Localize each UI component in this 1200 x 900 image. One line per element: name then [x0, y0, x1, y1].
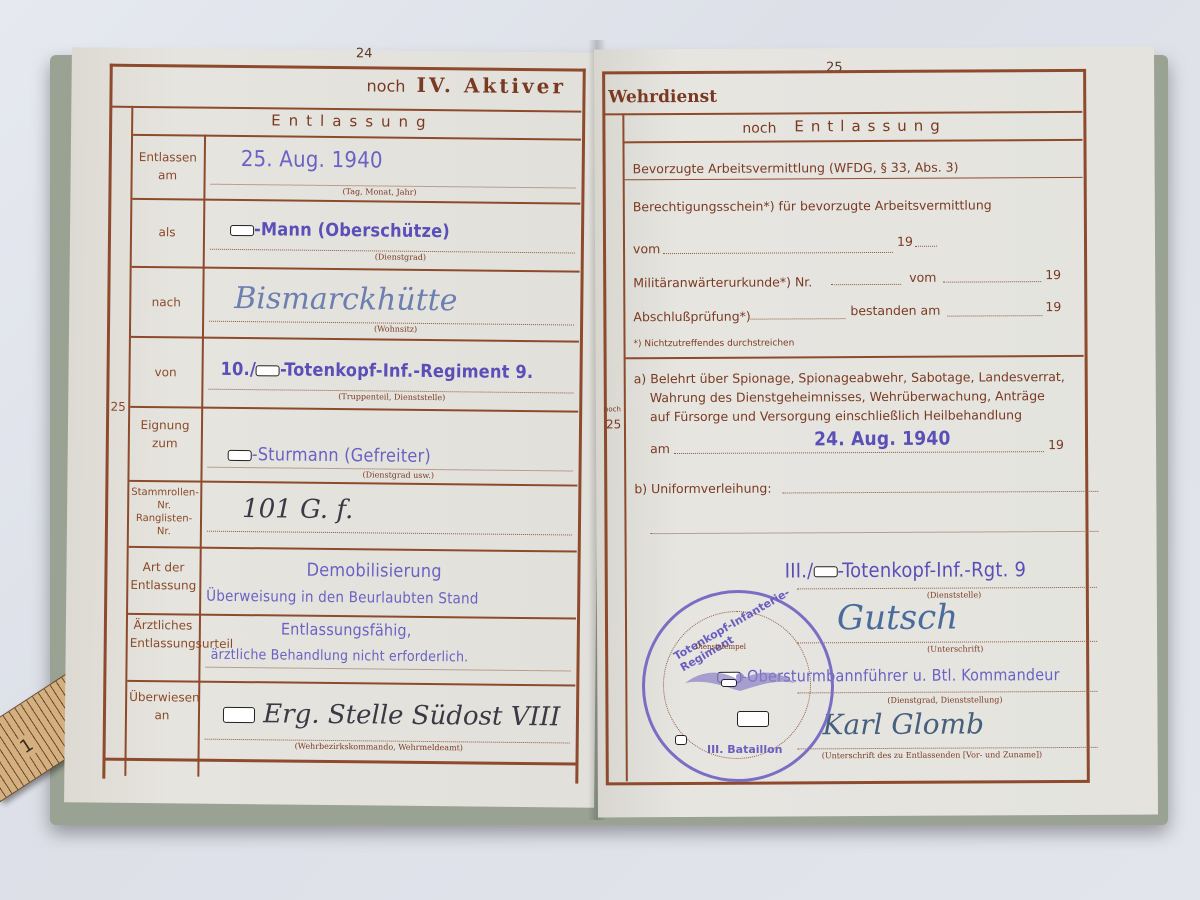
page-number: 24 [356, 46, 373, 61]
header-prefix: noch [366, 76, 405, 95]
redaction-mark [721, 679, 737, 687]
label-entlassen-am: Entlassen am [135, 148, 201, 185]
redaction-mark [737, 711, 769, 727]
redaction-mark [223, 707, 255, 723]
section-title: Entlassung [271, 111, 434, 131]
footnote: *) Nichtzutreffendes durchstreichen [634, 338, 795, 349]
header-title: IV. Aktiver [416, 73, 566, 99]
unit-value: 10./-Totenkopf-Inf.-Regiment 9. [220, 359, 533, 383]
roll-number-value: 101 G. f. [242, 494, 354, 525]
redaction-mark [256, 365, 280, 376]
discharged-signature: Karl Glomb [822, 707, 984, 741]
left-page: 24 noch IV. Aktiver 25 Entlassung Entlas… [64, 47, 602, 808]
commander-signature: Gutsch [837, 598, 958, 639]
redaction-mark [675, 735, 687, 745]
official-seal: Totenkopf-Infanterie-Regiment Dienststem… [642, 590, 834, 782]
discharge-date: 25. Aug. 1940 [241, 147, 383, 173]
discharge-type-value: Demobilisierung [306, 560, 441, 582]
section-title: Entlassung [794, 117, 946, 136]
suitability-value: -Sturmann (Gefreiter) [228, 444, 431, 467]
rank-value: -Mann (Oberschütze) [230, 219, 450, 242]
issuing-unit: III./-Totenkopf-Inf.-Rgt. 9 [785, 557, 1026, 582]
residence-value: Bismarckhütte [234, 281, 458, 318]
medical-value: Entlassungsfähig, [281, 619, 412, 639]
eagle-emblem-icon [685, 663, 795, 703]
header-title: Wehrdienst [608, 87, 717, 108]
transferred-to-value: Erg. Stelle Südost VIII [223, 699, 561, 733]
redaction-mark [230, 224, 254, 235]
redaction-mark [228, 449, 252, 460]
instruction-date: 24. Aug. 1940 [814, 428, 951, 451]
margin-number: 25 [108, 398, 128, 416]
